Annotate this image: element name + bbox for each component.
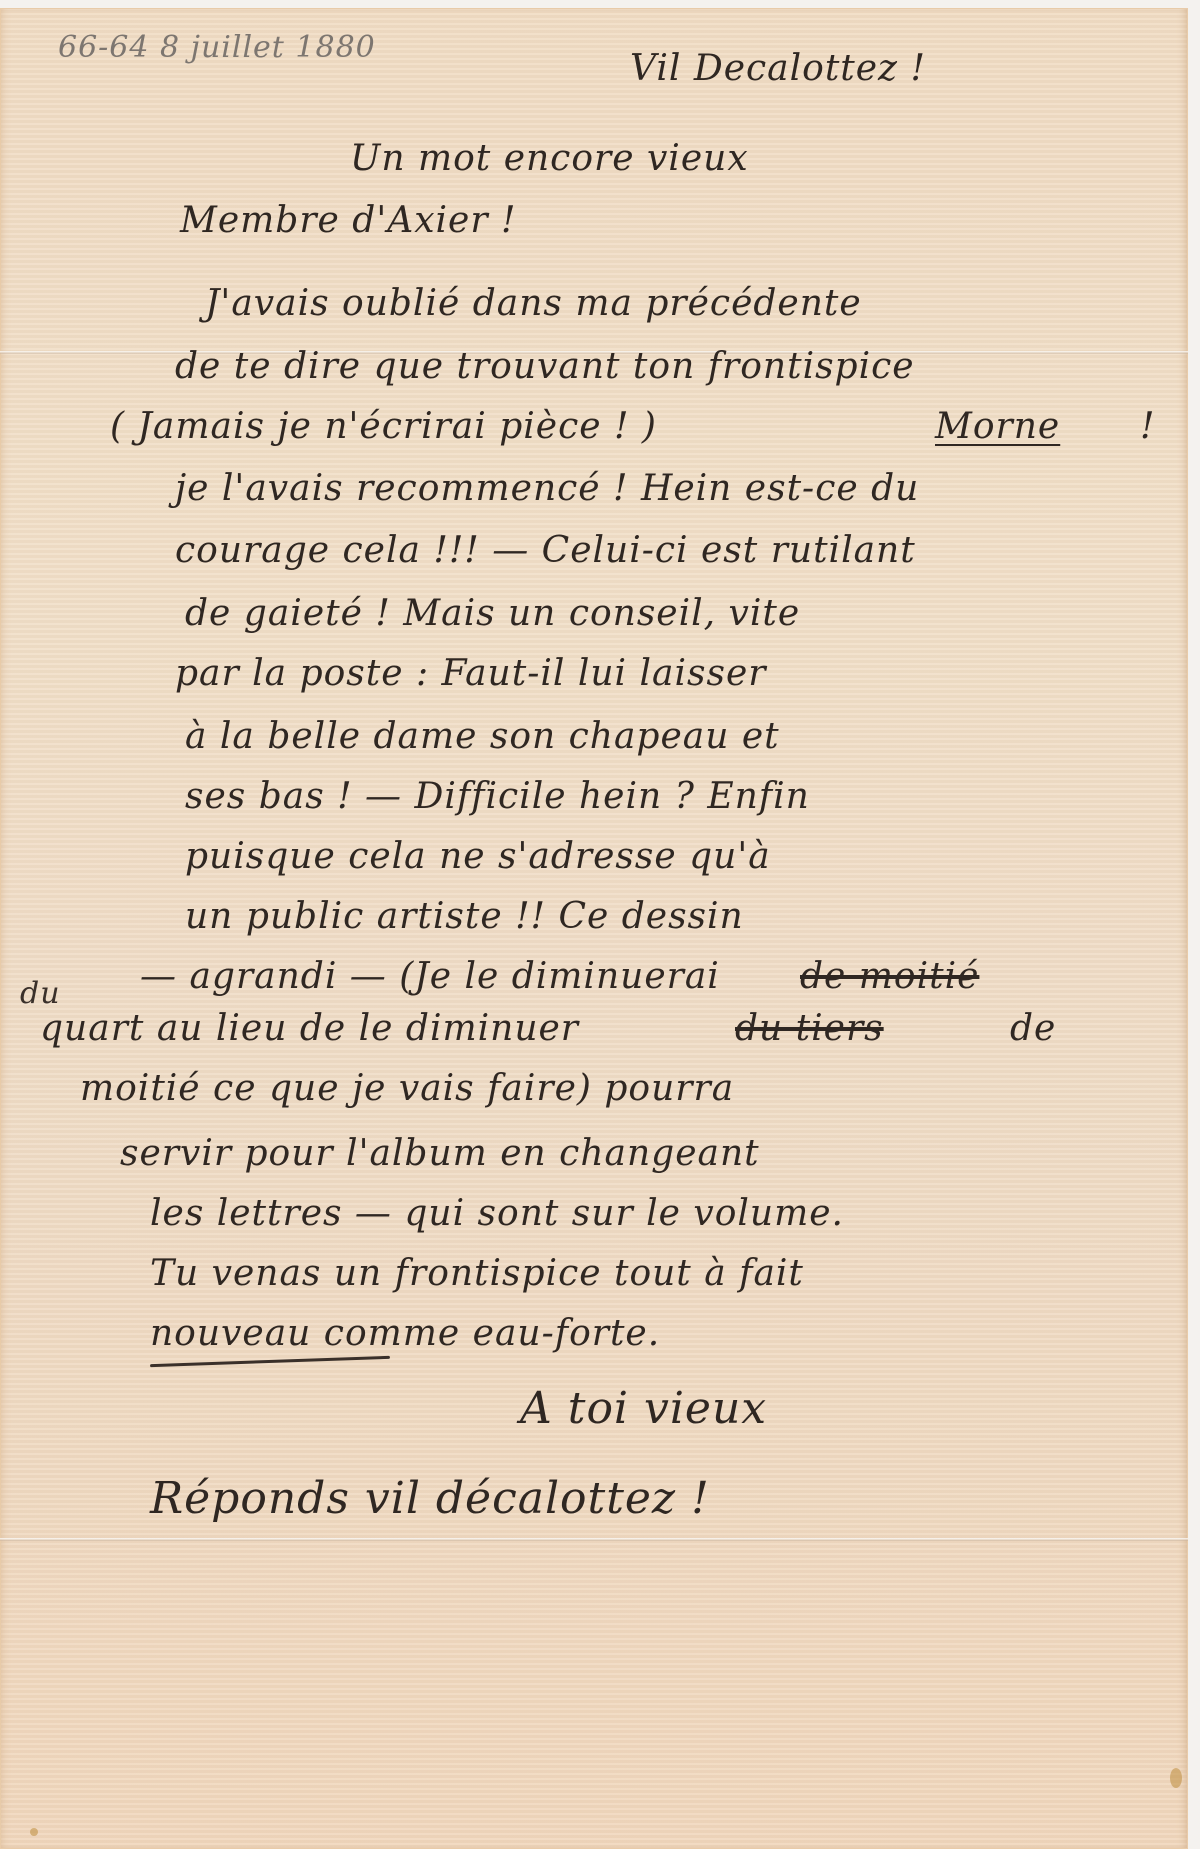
letter-line: — agrandi — (Je le diminuerai [140,956,720,997]
paper-stain [1170,1768,1182,1788]
letter-line: Membre d'Axier ! [180,200,516,241]
letter-line: quart au lieu de le diminuer [40,1008,579,1049]
letter-line: les lettres — qui sont sur le volume. [150,1193,844,1234]
paper-fold-lower [0,1538,1188,1541]
letter-line: ( Jamais je n'écrirai pièce ! ) [110,406,657,447]
letter-line: de gaieté ! Mais un conseil, vite [185,593,800,634]
letter-line: un public artiste !! Ce dessin [185,896,744,937]
letter-postscript: Réponds vil décalottez ! [150,1473,710,1524]
margin-insertion: du [20,976,61,1011]
letter-line: à la belle dame son chapeau et [185,716,780,757]
letter-line: Un mot encore vieux [350,138,749,179]
paper-stain [30,1828,38,1836]
struck-text: de moitié [800,956,979,997]
emphasized-word: Morne [935,406,1060,447]
letter-line: puisque cela ne s'adresse qu'à [185,836,771,877]
letter-line: ! [1140,406,1155,447]
letter-paper: 66-64 8 juillet 1880 Vil Decalottez ! Un… [0,8,1188,1849]
letter-line: servir pour l'album en changeant [120,1133,760,1174]
letter-line: moitié ce que je vais faire) pourra [80,1068,734,1109]
letter-line: de [1010,1008,1056,1049]
letter-line: courage cela !!! — Celui-ci est rutilant [175,530,916,571]
letter-line: je l'avais recommencé ! Hein est-ce du [175,468,919,509]
letter-line: de te dire que trouvant ton frontispice [175,346,915,387]
underline-flourish [150,1356,390,1367]
archival-pencil-note: 66-64 8 juillet 1880 [58,30,376,65]
letter-closing: A toi vieux [520,1383,767,1434]
struck-text: du tiers [735,1008,884,1049]
letter-line: par la poste : Faut-il lui laisser [175,653,766,694]
letter-salutation-exclamation: Vil Decalottez ! [630,48,926,89]
letter-line: Tu venas un frontispice tout à fait [150,1253,804,1294]
letter-line: J'avais oublié dans ma précédente [205,283,862,324]
letter-line: nouveau comme eau-forte. [150,1313,660,1354]
letter-line: ses bas ! — Difficile hein ? Enfin [185,776,810,817]
